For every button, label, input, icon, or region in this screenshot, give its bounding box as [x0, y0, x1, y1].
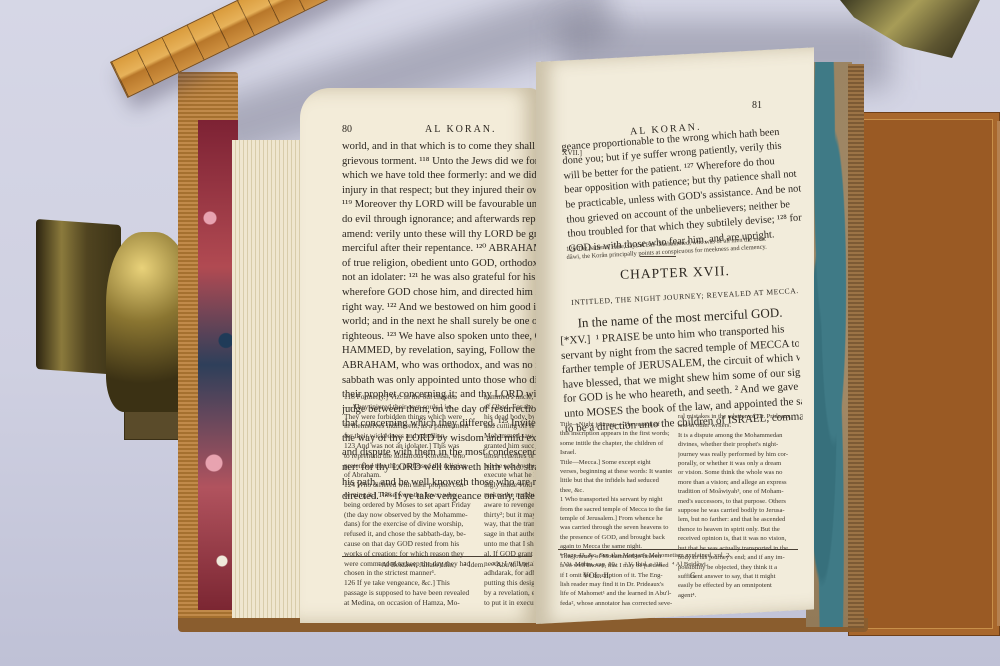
- note-line: journey was really performed by him cor-: [678, 450, 798, 459]
- text-line: world; and in the next he shall surely b…: [342, 315, 542, 330]
- note-line: of Ohod. For the infidels having: [484, 402, 534, 412]
- right-bottom-footnotes: ¹ Page 43, &c. See also Morgan's Mahomet…: [560, 552, 800, 569]
- note-line: Title—Night journey.—The reason of: [560, 420, 672, 429]
- note-line: med's successors, to that purpose. Other…: [678, 497, 798, 506]
- note-line: those cruelties on seventy of: [484, 451, 534, 461]
- note-line: was carried through the seven heavens to: [560, 523, 672, 532]
- left-notes-column-1: 118 Formerly.] Viz. In the 6th chapter. …: [344, 392, 474, 608]
- note-line: at Medina, on occasion of Hamza, Mo-: [344, 598, 474, 608]
- note-line: this inscription appears in the first wo…: [560, 429, 672, 438]
- note-line: dans) for the exercise of divine worship…: [344, 519, 474, 529]
- note-line: way, that the translator: [484, 519, 534, 529]
- note-line: It is a dispute among the Mohammedan: [678, 431, 798, 440]
- note-line: again to Mecca the same night.: [560, 542, 672, 551]
- note-line: 1 Who transported his servant by night: [560, 495, 672, 504]
- note-line: suppose he was carried bodily to Jerusa-: [678, 506, 798, 515]
- footnote: ¹ Page 43, &c. See also Morgan's Mahomet…: [560, 552, 731, 559]
- footnote: ¹ Al Beidâwi, Jallalo'ddin.: [378, 560, 455, 569]
- note-line: unto me that I shall retaliate: [484, 539, 534, 549]
- note-line: if I omit the description of it. The Eng…: [560, 571, 672, 580]
- note-line: works of creation: for which reason they: [344, 549, 474, 559]
- chapter-ref: [*XV.]: [560, 333, 591, 347]
- note-line: 126 If ye take vengeance, &c.] This: [344, 578, 474, 588]
- footnote: ² Idem.: [464, 560, 485, 569]
- note-line: Title—Mecca.] Some except eight: [560, 458, 672, 467]
- note-line: or vision. Some think the whole was no: [678, 468, 798, 477]
- note-line: of Abraham.: [344, 470, 474, 480]
- note-line: verses, beginning at these words: It wan…: [560, 467, 672, 476]
- note-line: to reprehend the idolatrous Koreish, who: [344, 451, 474, 461]
- book-cover-right-edge: [848, 64, 864, 628]
- note-line: sage in that author. I: [484, 529, 534, 539]
- note-line: from the sacred temple of Mecca to the f…: [560, 505, 672, 514]
- right-page-number: 81: [752, 100, 762, 111]
- note-line: for their wickedness and rebellion.: [344, 431, 474, 441]
- note-line: adhdarak, for adhlati. The: [484, 568, 534, 578]
- text-line: merciful after their repentance. ¹²⁰ ABR…: [342, 242, 542, 257]
- text-line: of true religion, obedient unto GOD, ort…: [342, 257, 542, 272]
- brass-bookend: [36, 222, 196, 437]
- note-line: makes the number of slain: [484, 490, 534, 500]
- note-line: to put it in execution.: [484, 598, 534, 608]
- note-line: temple of Jerusalem.] From whence he: [560, 514, 672, 523]
- signature-volume: VOL. II.: [583, 571, 611, 581]
- note-line: and cutting off his ears and: [484, 421, 534, 431]
- signature-letter: G: [690, 571, 696, 581]
- note-line: hammed's uncle, being slain: [484, 392, 534, 402]
- note-line: his dead body, by taking out: [484, 412, 534, 422]
- note-line: porally, or whether it was only a dream: [678, 459, 798, 468]
- note-line: in themselves indifferent, as a punishme…: [344, 421, 474, 431]
- note-line: chosen in the strictest manner¹.: [344, 568, 474, 578]
- left-bottom-footnotes: ¹ Al Beidâwi, Jallalo'ddin. ² Idem. ³ Ab…: [378, 560, 538, 570]
- closed-book: [848, 112, 1000, 636]
- text-line: HAMMED, by revelation, saying, Follow th…: [342, 344, 542, 359]
- text-line: wherefore GOD chose him, and directed hi…: [342, 286, 542, 301]
- footnote: ³ Abu'lf. Vit.: [493, 560, 530, 569]
- note-line: pretended that they professed the religi…: [344, 461, 474, 471]
- footnote: ² Vit. Mohm. cap. 19.: [560, 561, 616, 568]
- note-line: more than a vision; and allege an expres…: [678, 478, 798, 487]
- note-line: They were forbidden things which were: [344, 412, 474, 422]
- note-line: putting this design into: [484, 578, 534, 588]
- left-page-number: 80: [342, 124, 352, 135]
- note-line: agent⁴.: [678, 591, 798, 600]
- right-footnote-rule: [558, 549, 798, 550]
- text-line: sabbath was only appointed unto those wh…: [342, 374, 542, 389]
- note-line: (the day now observed by the Mohamme-: [344, 510, 474, 520]
- note-line: easily be effected by an omnipotent: [678, 581, 798, 590]
- note-line: thee, &c.: [560, 486, 672, 495]
- note-line: Mohammed saw it, he swore: [484, 431, 534, 441]
- note-line: lem, but no farther: and that he ascende…: [678, 515, 798, 524]
- note-line: 124 Who differed with their prophet con-: [344, 480, 474, 490]
- note-line: ral mistakes in the relation of Dr. Prid…: [678, 412, 798, 421]
- note-line: thirty²; but it may be: [484, 510, 534, 520]
- footnote: ³ V. Ibid. c. 18.: [625, 561, 664, 568]
- footnote: ⁴ Al Beidâwi.: [672, 561, 707, 568]
- note-line: — They injured their own souls.] i.e.: [344, 402, 474, 412]
- note-line: ingly made void his oath,: [484, 480, 534, 490]
- text-line: righteous. ¹²³ We have also spoken unto …: [342, 330, 542, 345]
- note-line: little but that the infidels had seduced: [560, 476, 672, 485]
- note-line: by a revelation, expressly: [484, 588, 534, 598]
- note-line: 123 And was not an idolater.] This was: [344, 441, 474, 451]
- right-notes-column-1: Title—Night journey.—The reason of this …: [560, 420, 672, 608]
- right-notes-column-2: ral mistakes in the relation of Dr. Prid…: [678, 412, 798, 600]
- note-line: but he was by these words: [484, 461, 534, 471]
- note-line: Israel.: [560, 448, 672, 457]
- text-line: amend: verily unto these will thy LORD b…: [342, 228, 542, 243]
- text-line: world, and in that which is to come they…: [342, 140, 542, 155]
- note-line: the presence of GOD, and brought back: [560, 533, 672, 542]
- note-line: thence to heaven in spirit only. But the: [678, 525, 798, 534]
- note-line: some intitle the chapter, the children o…: [560, 439, 672, 448]
- note-line: passage is supposed to have been reveale…: [344, 588, 474, 598]
- note-line: cause on that day GOD rested from his: [344, 539, 474, 549]
- note-line: granted him success, he would: [484, 441, 534, 451]
- left-running-head: AL KORAN.: [425, 124, 497, 135]
- text-line: ¹¹⁹ Moreover thy LORD will be favourable…: [342, 198, 542, 213]
- note-line: lish reader may find it in Dr. Prideaux'…: [560, 580, 672, 589]
- text-line: which we have told thee formerly: and we…: [342, 169, 542, 184]
- note-line: and in other writers.: [678, 421, 798, 430]
- note-line: life of Mahomet¹ and the learned in Abu'…: [560, 589, 672, 598]
- chapter-rule: [640, 256, 676, 257]
- note-line: execute what he had sworn;: [484, 470, 534, 480]
- left-footnote-rule: [342, 556, 532, 557]
- note-line: sufficient answer to say, that it might: [678, 572, 798, 581]
- text-line: right way. ¹²² And we bestowed on him go…: [342, 301, 542, 316]
- text-line: ABRAHAM, who was orthodox, and was no id…: [342, 359, 542, 374]
- left-notes-column-2: hammed's uncle, being slain of Ohod. For…: [484, 392, 534, 608]
- note-line: tradition of Moâwiyah³, one of Moham-: [678, 487, 798, 496]
- text-line: do evil through ignorance; and afterward…: [342, 213, 542, 228]
- note-line: aware to revenge his unc: [484, 500, 534, 510]
- note-line: received opinion is, that it was no visi…: [678, 534, 798, 543]
- note-line: cerning it.] These were the Jews; who: [344, 490, 474, 500]
- text-line: not an idolater: ¹²¹ he was also gratefu…: [342, 271, 542, 286]
- note-line: refused it, and chose the sabbath-day, b…: [344, 529, 474, 539]
- note-line: feda², whose annotator has corrected sev…: [560, 599, 672, 608]
- note-line: al. If GOD grant me victory: [484, 549, 534, 559]
- note-line: 118 Formerly.] Viz. In the 6th chapter.: [344, 392, 474, 402]
- note-line: divines, whether their prophet's night-: [678, 440, 798, 449]
- text-line: injury in that respect; but they injured…: [342, 184, 542, 199]
- note-line: being ordered by Moses to set apart Frid…: [344, 500, 474, 510]
- text-line: grievous torment. ¹¹⁸ Unto the Jews did …: [342, 155, 542, 170]
